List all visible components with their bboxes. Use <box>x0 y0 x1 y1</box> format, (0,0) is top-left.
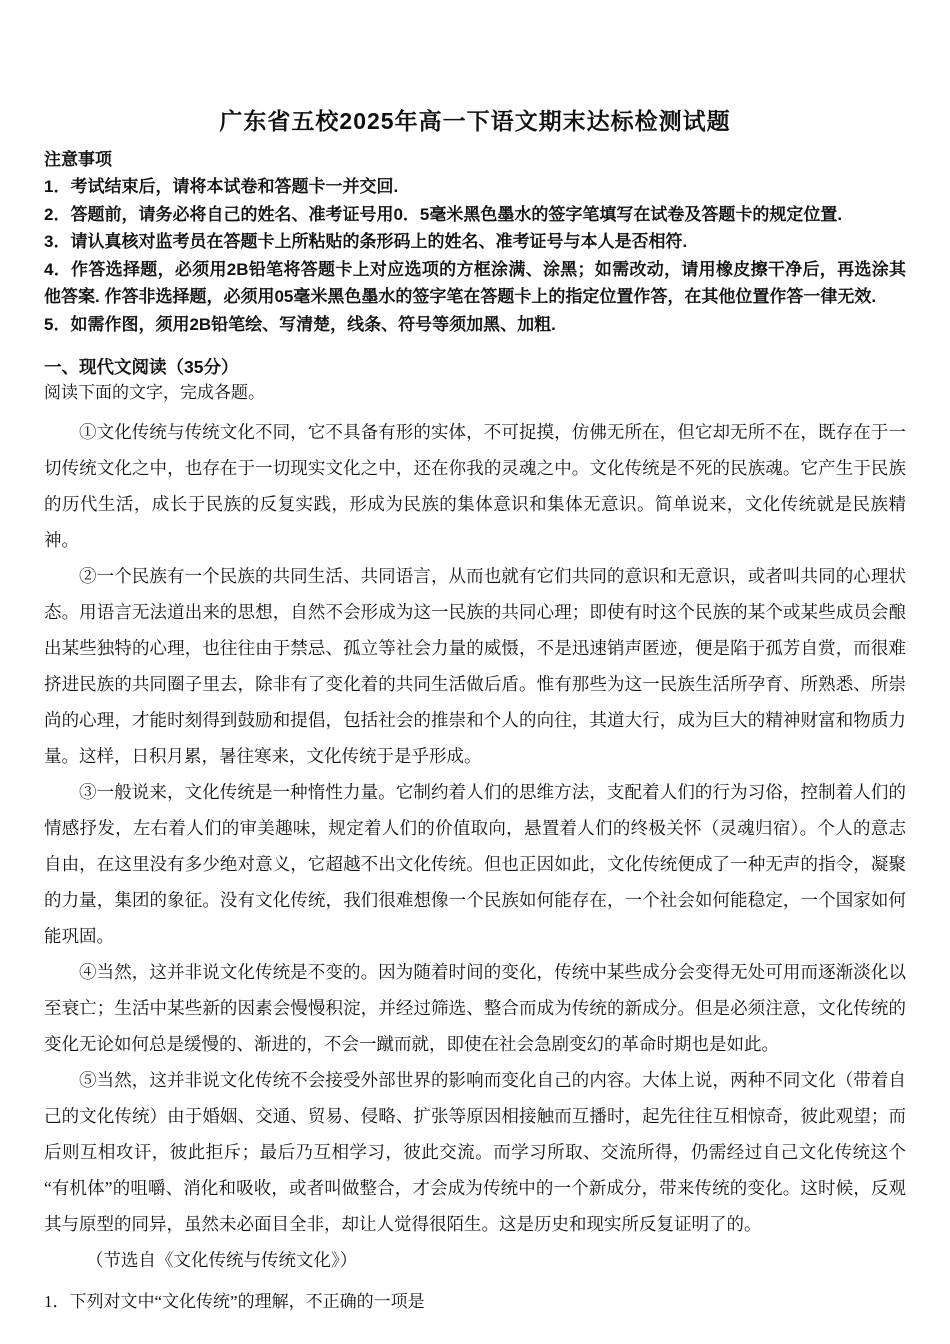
passage-paragraph: ③一般说来，文化传统是一种惰性力量。它制约着人们的思维方法，支配着人们的行为习俗… <box>44 774 906 954</box>
exam-paper-page: 广东省五校2025年高一下语文期末达标检测试题 注意事项 1．考试结束后，请将本… <box>0 0 950 1344</box>
notice-item: 4．作答选择题，必须用2B铅笔将答题卡上对应选项的方框涂满、涂黑；如需改动，请用… <box>44 256 906 311</box>
notice-section: 注意事项 1．考试结束后，请将本试卷和答题卡一并交回. 2．答题前，请务必将自己… <box>44 146 906 338</box>
page-title: 广东省五校2025年高一下语文期末达标检测试题 <box>44 106 906 136</box>
notice-item: 3．请认真核对监考员在答题卡上所粘贴的条形码上的姓名、准考证号与本人是否相符. <box>44 228 906 256</box>
section-heading-modern-reading: 一、现代文阅读（35分） <box>44 354 906 380</box>
reading-instruction: 阅读下面的文字，完成各题。 <box>44 380 906 406</box>
question-stem: 1．下列对文中“文化传统”的理解，不正确的一项是 <box>44 1288 906 1316</box>
notice-heading: 注意事项 <box>44 146 906 173</box>
passage-paragraph: ②一个民族有一个民族的共同生活、共同语言，从而也就有它们共同的意识和无意识，或者… <box>44 558 906 774</box>
reading-passage: ①文化传统与传统文化不同，它不具备有形的实体，不可捉摸，仿佛无所在，但它却无所不… <box>44 414 906 1278</box>
passage-citation: （节选自《文化传统与传统文化》） <box>44 1242 906 1278</box>
notice-item: 2．答题前，请务必将自己的姓名、准考证号用0．5毫米黑色墨水的签字笔填写在试卷及… <box>44 201 906 229</box>
passage-paragraph: ⑤当然，这并非说文化传统不会接受外部世界的影响而变化自己的内容。大体上说，两种不… <box>44 1062 906 1242</box>
passage-paragraph: ①文化传统与传统文化不同，它不具备有形的实体，不可捉摸，仿佛无所在，但它却无所不… <box>44 414 906 558</box>
notice-item: 1．考试结束后，请将本试卷和答题卡一并交回. <box>44 173 906 201</box>
notice-item: 5．如需作图，须用2B铅笔绘、写清楚，线条、符号等须加黑、加粗. <box>44 311 906 339</box>
passage-paragraph: ④当然，这并非说文化传统是不变的。因为随着时间的变化，传统中某些成分会变得无处可… <box>44 954 906 1062</box>
